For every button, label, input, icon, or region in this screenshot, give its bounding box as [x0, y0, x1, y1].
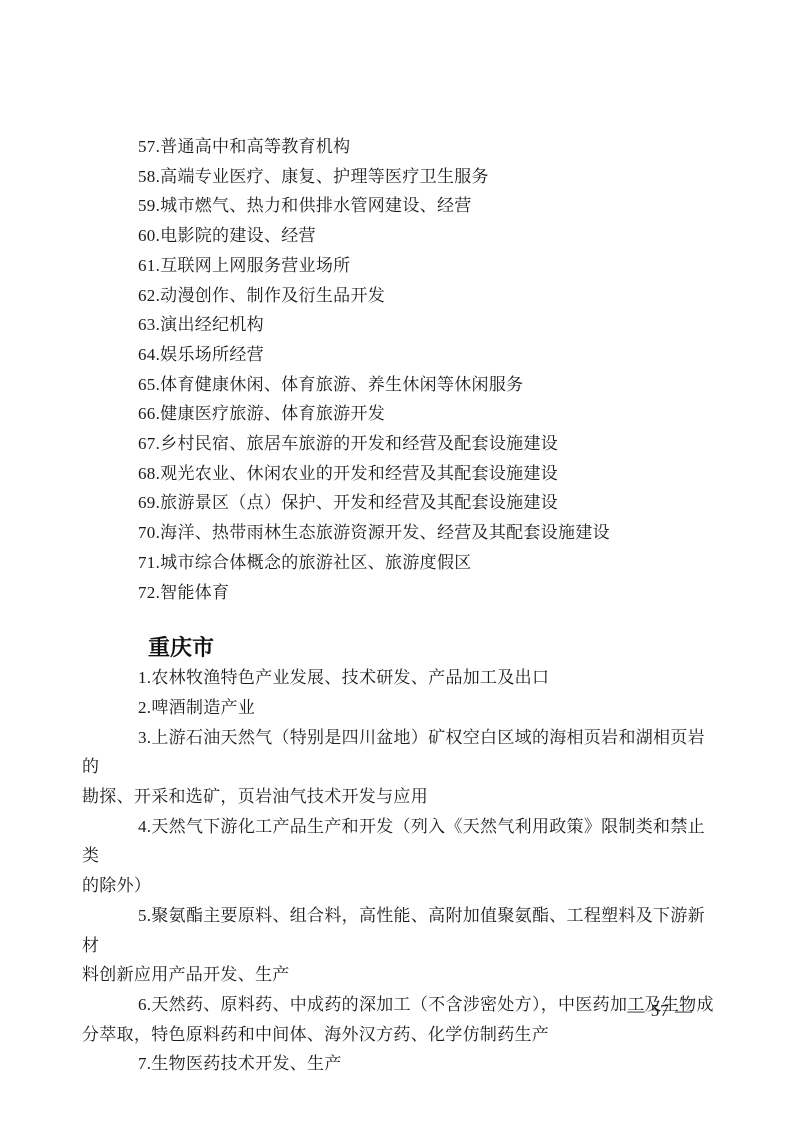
list-item: 71.城市综合体概念的旅游社区、旅游度假区: [82, 548, 716, 578]
section-heading-chongqing: 重庆市: [82, 633, 716, 663]
list-item: 65.体育健康休闲、体育旅游、养生休闲等休闲服务: [82, 370, 716, 400]
list-item: 67.乡村民宿、旅居车旅游的开发和经营及配套设施建设: [82, 429, 716, 459]
list-item: 5.聚氨酯主要原料、组合料，高性能、高附加值聚氨酯、工程塑料及下游新材 料创新应…: [82, 901, 716, 990]
list-item: 57.普通高中和高等教育机构: [82, 132, 716, 162]
document-page: 57.普通高中和高等教育机构 58.高端专业医疗、康复、护理等医疗卫生服务 59…: [0, 0, 793, 1122]
list-item: 69.旅游景区（点）保护、开发和经营及其配套设施建设: [82, 488, 716, 518]
list-item: 64.娱乐场所经营: [82, 340, 716, 370]
page-number: — 57 —: [628, 1000, 694, 1022]
list-item: 60.电影院的建设、经营: [82, 221, 716, 251]
list-item: 58.高端专业医疗、康复、护理等医疗卫生服务: [82, 162, 716, 192]
list-item: 63.演出经纪机构: [82, 310, 716, 340]
list-item: 3.上游石油天然气（特别是四川盆地）矿权空白区域的海相页岩和湖相页岩的 勘探、开…: [82, 723, 716, 812]
list-item: 72.智能体育: [82, 578, 716, 608]
list-item: 61.互联网上网服务营业场所: [82, 251, 716, 281]
list-item: 7.生物医药技术开发、生产: [82, 1049, 716, 1079]
list-item: 1.农林牧渔特色产业发展、技术研发、产品加工及出口: [82, 663, 716, 693]
list-item: 66.健康医疗旅游、体育旅游开发: [82, 399, 716, 429]
list-item: 62.动漫创作、制作及衍生品开发: [82, 281, 716, 311]
list-item: 2.啤酒制造产业: [82, 693, 716, 723]
document-content: 57.普通高中和高等教育机构 58.高端专业医疗、康复、护理等医疗卫生服务 59…: [0, 0, 793, 1079]
list-item: 59.城市燃气、热力和供排水管网建设、经营: [82, 191, 716, 221]
list-item: 68.观光农业、休闲农业的开发和经营及其配套设施建设: [82, 459, 716, 489]
list-item: 70.海洋、热带雨林生态旅游资源开发、经营及其配套设施建设: [82, 518, 716, 548]
list-item: 6.天然药、原料药、中成药的深加工（不含涉密处方），中医药加工及生物成 分萃取，…: [82, 990, 716, 1049]
list-item: 4.天然气下游化工产品生产和开发（列入《天然气利用政策》限制类和禁止类 的除外）: [82, 812, 716, 901]
